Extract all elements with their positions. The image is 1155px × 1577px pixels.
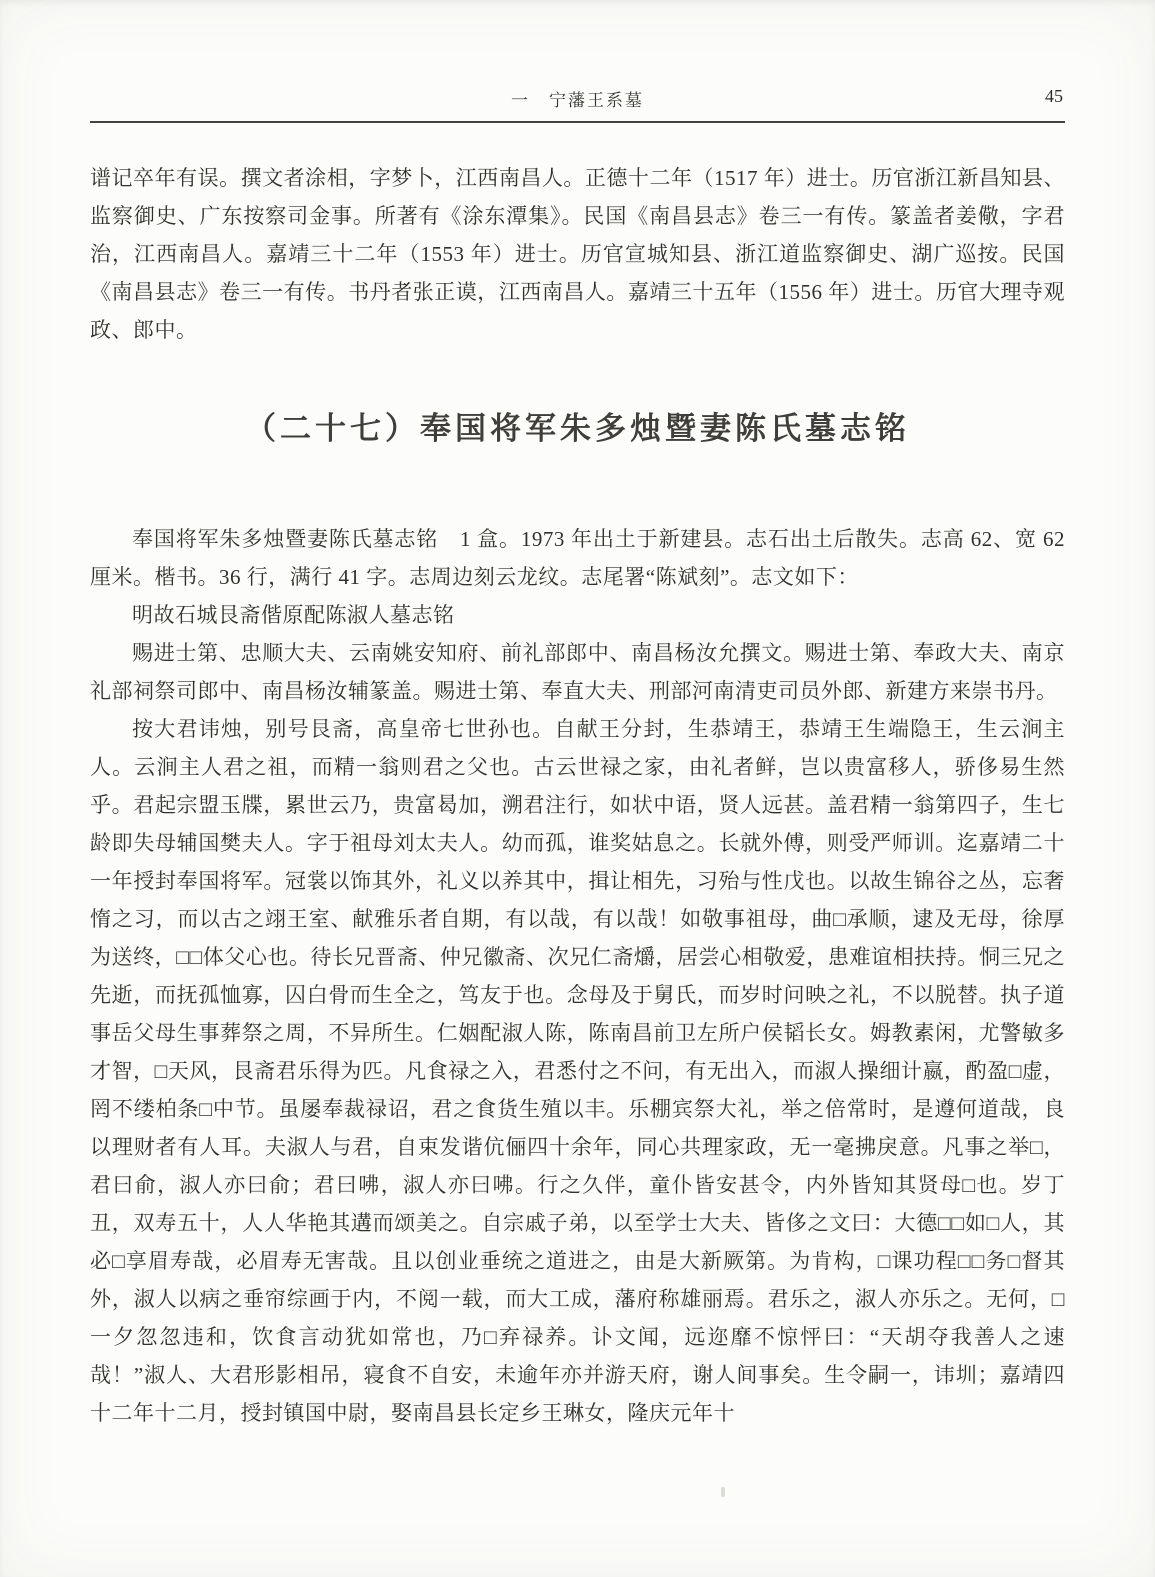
running-header: 一 宁藩王系墓 45 [90, 86, 1065, 112]
section-heading: （二十七）奉国将军朱多烛暨妻陈氏墓志铭 [90, 403, 1065, 448]
chapter-title: 一 宁藩王系墓 [90, 86, 1065, 111]
document-page: 一 宁藩王系墓 45 谱记卒年有误。撰文者涂相，字梦卜，江西南昌人。正德十二年（… [0, 0, 1155, 1577]
paragraph-artifact-description: 奉国将军朱多烛暨妻陈氏墓志铭 1 盒。1973 年出土于新建县。志石出土后散失。… [90, 520, 1065, 596]
epitaph-title-line: 明故石城艮斋偕原配陈淑人墓志铭 [90, 596, 1065, 634]
page-number: 45 [1045, 86, 1063, 107]
paragraph-credits: 赐进士第、忠顺大夫、云南姚安知府、前礼部郎中、南昌杨汝允撰文。赐进士第、奉政大夫… [90, 634, 1065, 710]
paragraph-epitaph-body: 按大君讳烛，别号艮斋，高皇帝七世孙也。自献王分封，生恭靖王，恭靖王生端隐王，生云… [90, 710, 1065, 1432]
header-rule [90, 121, 1065, 123]
scan-artifact [721, 1487, 725, 1497]
page-content: 谱记卒年有误。撰文者涂相，字梦卜，江西南昌人。正德十二年（1517 年）进士。历… [90, 159, 1065, 1432]
paragraph-biographical-notes: 谱记卒年有误。撰文者涂相，字梦卜，江西南昌人。正德十二年（1517 年）进士。历… [90, 159, 1065, 349]
